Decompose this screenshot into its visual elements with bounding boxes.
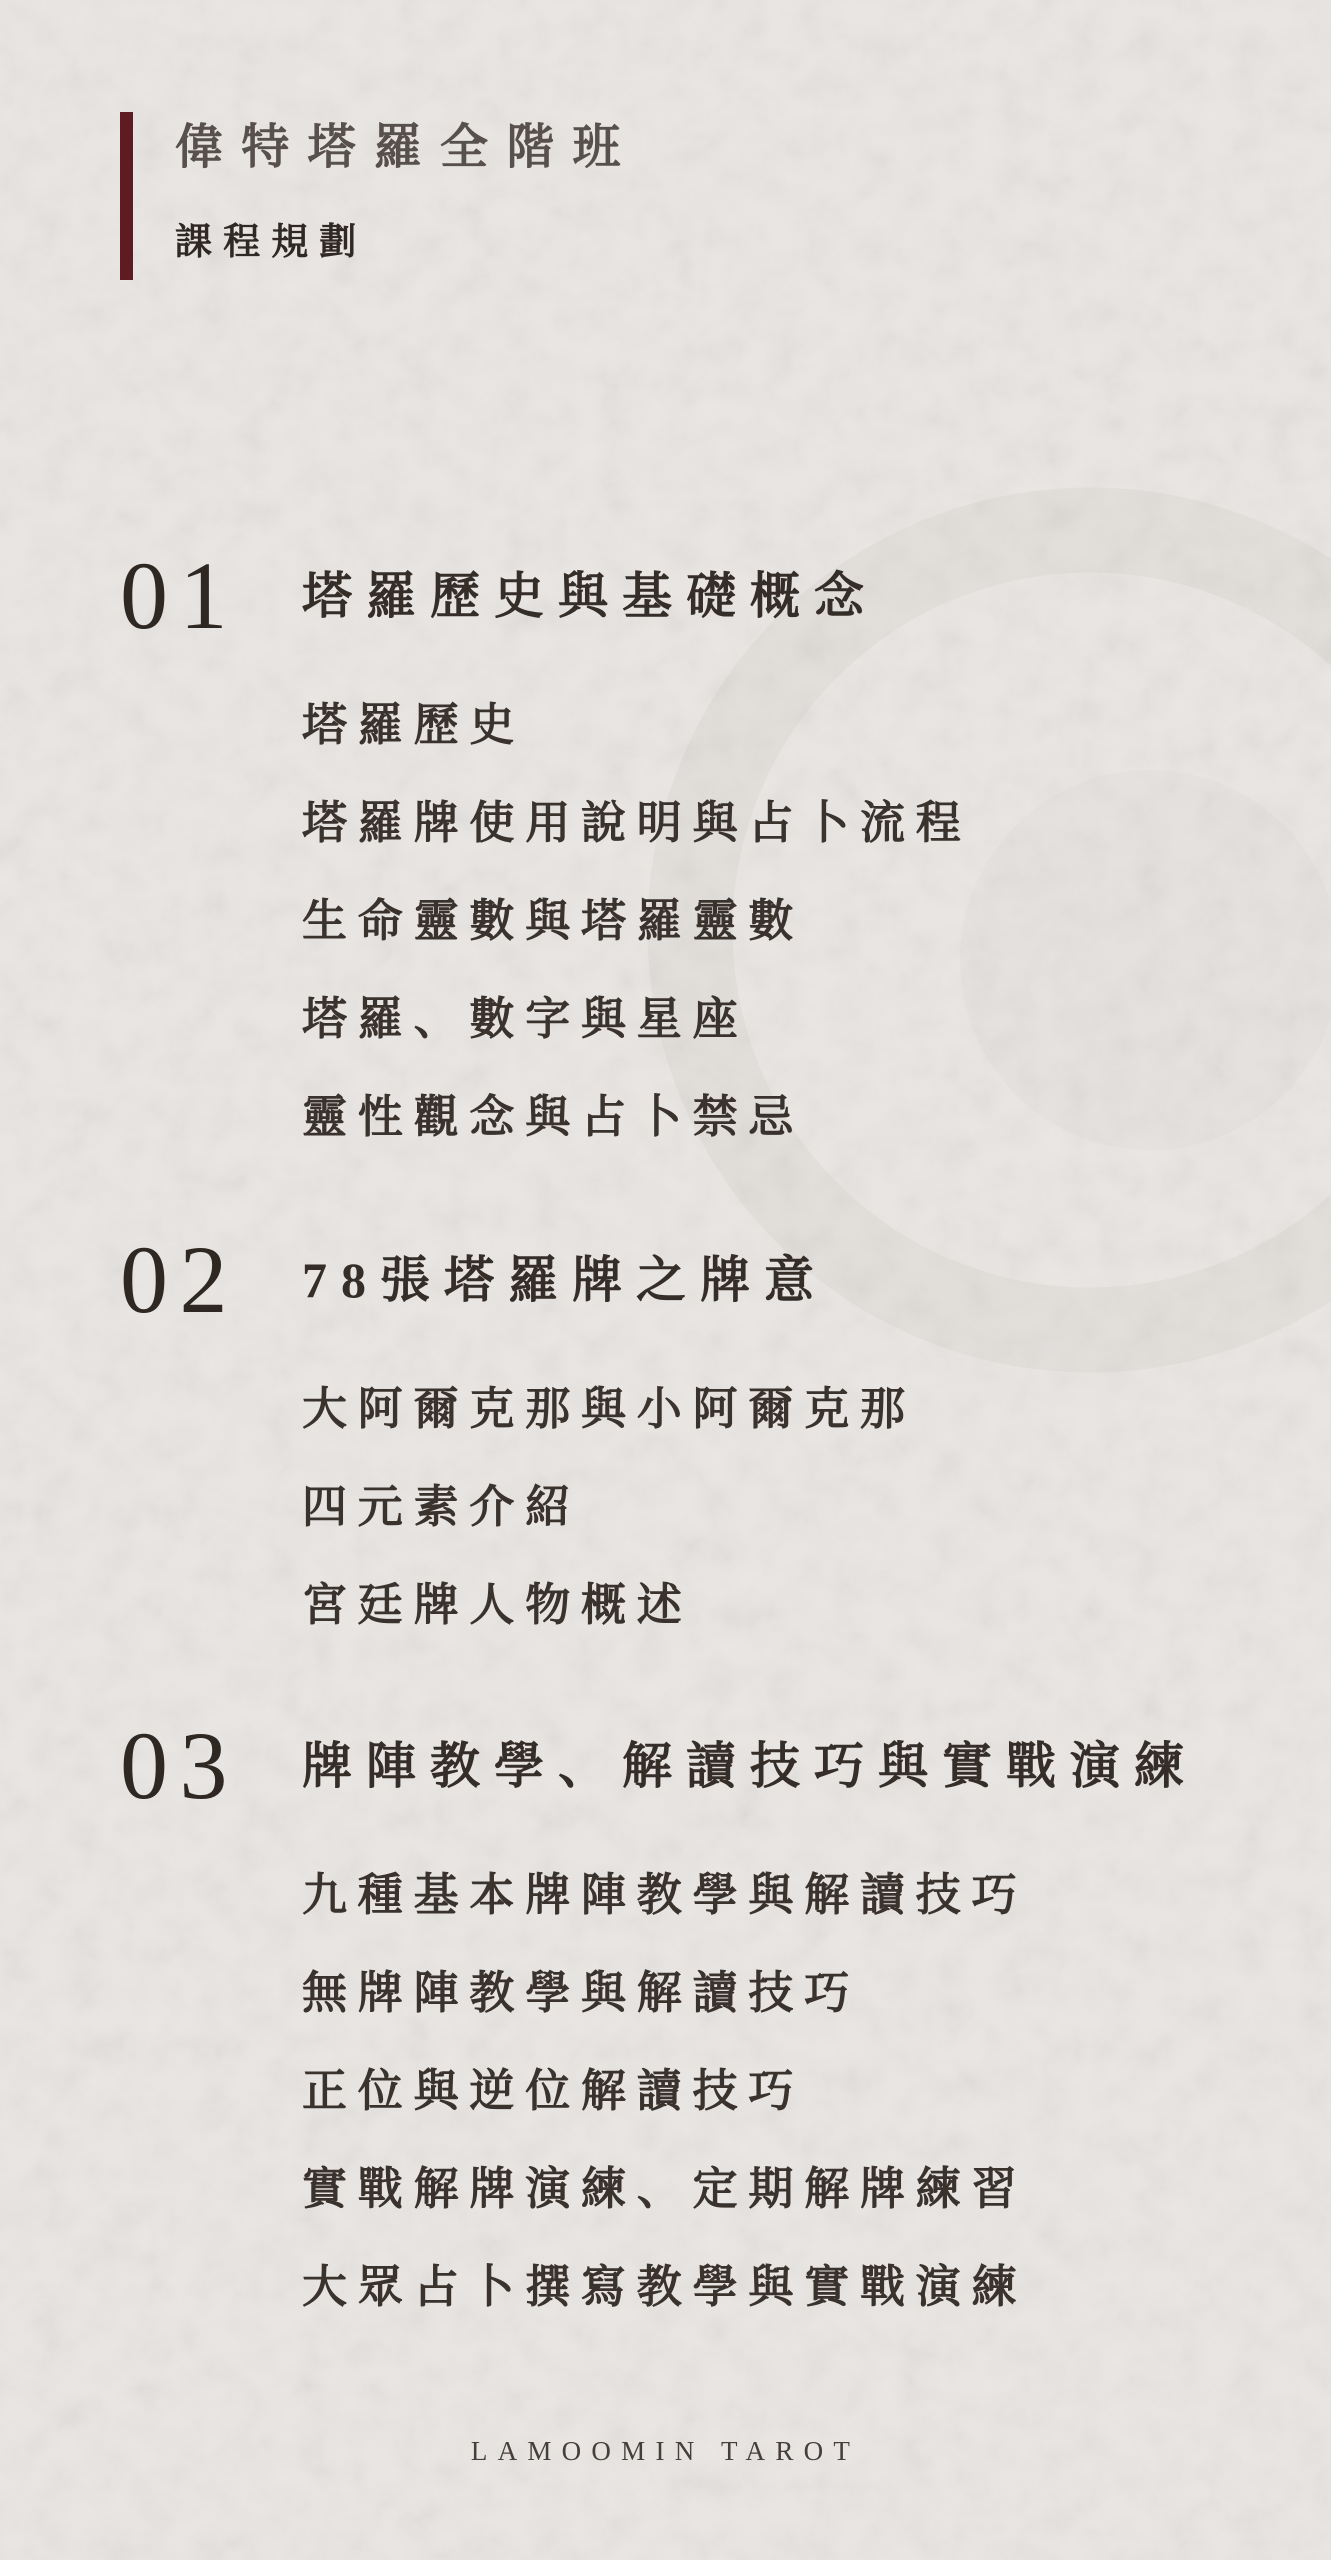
course-item: 塔羅牌使用說明與占卜流程 <box>302 769 1291 867</box>
course-item: 九種基本牌陣教學與解讀技巧 <box>302 1841 1291 1939</box>
page-subtitle: 課程規劃 <box>175 221 639 265</box>
course-section: 02 78張塔羅牌之牌意 大阿爾克那與小阿爾克那四元素介紹宮廷牌人物概述 <box>120 1230 1291 1649</box>
course-item: 大阿爾克那與小阿爾克那 <box>302 1355 1291 1453</box>
course-item: 塔羅歷史 <box>302 671 1291 769</box>
section-number: 02 <box>120 1232 302 1328</box>
course-item: 實戰解牌演練、定期解牌練習 <box>302 2135 1291 2233</box>
course-section: 01 塔羅歷史與基礎概念 塔羅歷史塔羅牌使用說明與占卜流程生命靈數與塔羅靈數塔羅… <box>120 546 1291 1161</box>
course-item: 宮廷牌人物概述 <box>302 1551 1291 1649</box>
section-header: 03 牌陣教學、解讀技巧與實戰演練 <box>120 1716 1291 1816</box>
course-item: 靈性觀念與占卜禁忌 <box>302 1063 1291 1161</box>
course-item: 生命靈數與塔羅靈數 <box>302 867 1291 965</box>
course-item: 塔羅、數字與星座 <box>302 965 1291 1063</box>
course-item: 無牌陣教學與解讀技巧 <box>302 1939 1291 2037</box>
course-item: 四元素介紹 <box>302 1453 1291 1551</box>
section-header: 02 78張塔羅牌之牌意 <box>120 1230 1291 1330</box>
section-header: 01 塔羅歷史與基礎概念 <box>120 546 1291 646</box>
section-number: 03 <box>120 1718 302 1814</box>
section-items: 塔羅歷史塔羅牌使用說明與占卜流程生命靈數與塔羅靈數塔羅、數字與星座靈性觀念與占卜… <box>302 671 1291 1161</box>
section-number: 01 <box>120 548 302 644</box>
section-items: 大阿爾克那與小阿爾克那四元素介紹宮廷牌人物概述 <box>302 1355 1291 1649</box>
course-section: 03 牌陣教學、解讀技巧與實戰演練 九種基本牌陣教學與解讀技巧無牌陣教學與解讀技… <box>120 1716 1291 2331</box>
section-heading: 塔羅歷史與基礎概念 <box>302 571 878 621</box>
brand-footer: LAMOOMIN TAROT <box>0 2436 1331 2467</box>
course-plan-poster: 偉特塔羅全階班 課程規劃 01 塔羅歷史與基礎概念 塔羅歷史塔羅牌使用說明與占卜… <box>0 0 1331 2560</box>
header: 偉特塔羅全階班 課程規劃 <box>120 112 639 280</box>
page-title: 偉特塔羅全階班 <box>175 120 639 175</box>
section-items: 九種基本牌陣教學與解讀技巧無牌陣教學與解讀技巧正位與逆位解讀技巧實戰解牌演練、定… <box>302 1841 1291 2331</box>
section-heading: 78張塔羅牌之牌意 <box>302 1255 828 1305</box>
section-heading: 牌陣教學、解讀技巧與實戰演練 <box>302 1741 1198 1791</box>
course-item: 正位與逆位解讀技巧 <box>302 2037 1291 2135</box>
course-item: 大眾占卜撰寫教學與實戰演練 <box>302 2233 1291 2331</box>
